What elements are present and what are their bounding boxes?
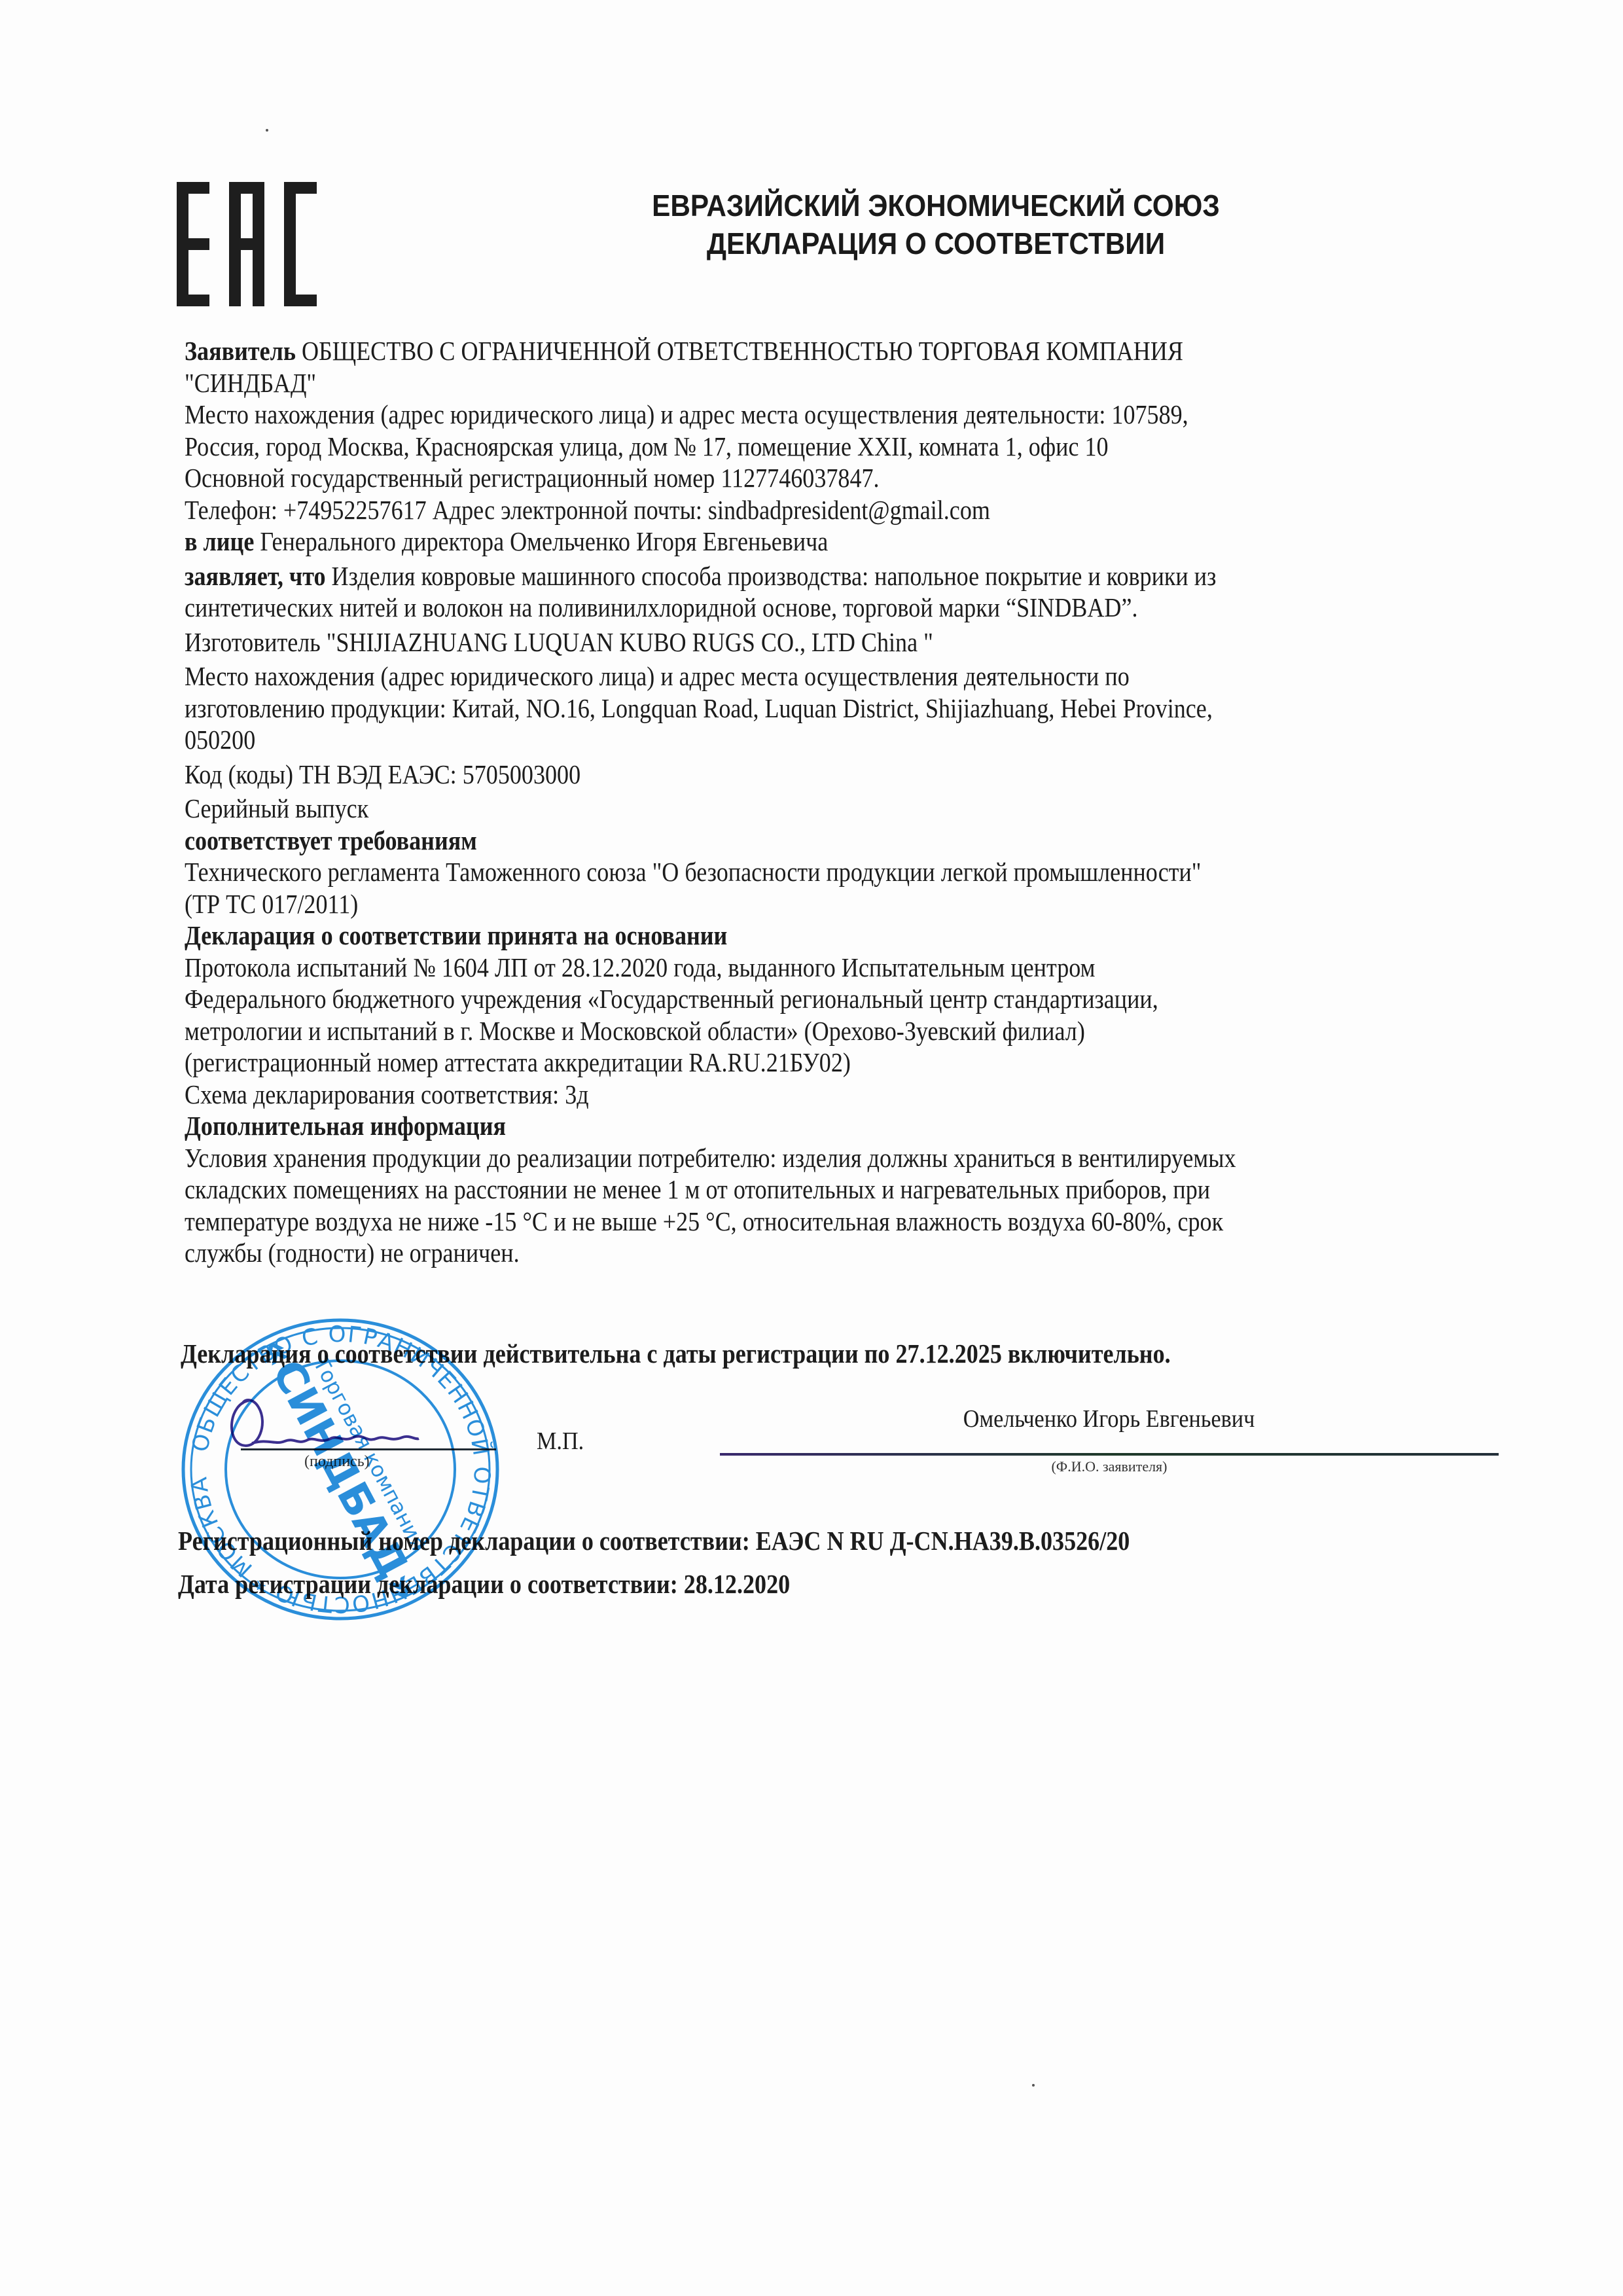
applicant-name-line (720, 1453, 1499, 1456)
storage-conditions-3: температуре воздуха не ниже -15 °С и не … (185, 1206, 1336, 1238)
document-header: ЕВРАЗИЙСКИЙ ЭКОНОМИЧЕСКИЙ СОЮЗ ДЕКЛАРАЦИ… (593, 187, 1279, 262)
applicant-name: ОБЩЕСТВО С ОГРАНИЧЕННОЙ ОТВЕТСТВЕННОСТЬЮ… (296, 336, 1183, 366)
requirements-heading: соответствует требованиям (185, 825, 1336, 857)
header-union-title: ЕВРАЗИЙСКИЙ ЭКОНОМИЧЕСКИЙ СОЮЗ (593, 187, 1279, 224)
manufacturer-address-2: изготовлению продукции: Китай, NO.16, Lo… (185, 692, 1336, 725)
signature-line (241, 1448, 496, 1450)
header-declaration-title: ДЕКЛАРАЦИЯ О СООТВЕТСТВИИ (593, 224, 1279, 262)
applicant-contacts: Телефон: +74952257617 Адрес электронной … (185, 494, 1336, 526)
storage-conditions-4: службы (годности) не ограничен. (185, 1237, 1336, 1269)
applicant-ogrn: Основной государственный регистрационный… (185, 462, 1336, 494)
declaration-body: Заявитель ОБЩЕСТВО С ОГРАНИЧЕННОЙ ОТВЕТС… (185, 335, 1493, 1269)
basis-lab-2: метрологии и испытаний в г. Москве и Мос… (185, 1015, 1336, 1047)
represented-by: Генерального директора Омельченко Игоря … (254, 526, 828, 556)
manufacturer: Изготовитель "SHIJIAZHUANG LUQUAN KUBO R… (185, 626, 1336, 658)
tn-ved-code: Код (коды) ТН ВЭД ЕАЭС: 5705003000 (185, 759, 1336, 791)
validity-period: Декларация о соответствии действительна … (181, 1338, 1171, 1369)
applicant-address-2: Россия, город Москва, Красноярская улица… (185, 431, 1336, 463)
handwritten-signature (223, 1388, 432, 1453)
serial-production: Серийный выпуск (185, 793, 1336, 825)
applicant-full-name: Омельченко Игорь Евгеньевич (720, 1405, 1499, 1433)
basis-accreditation: (регистрационный номер аттестата аккреди… (185, 1047, 1336, 1079)
technical-regulation: Технического регламента Таможенного союз… (185, 856, 1336, 888)
scan-speck (1032, 2084, 1035, 2087)
declares-line: заявляет, что Изделия ковровые машинного… (185, 560, 1336, 592)
applicant-label: Заявитель (185, 336, 296, 366)
basis-lab-1: Федерального бюджетного учреждения «Госу… (185, 983, 1336, 1015)
represented-label: в лице (185, 526, 254, 556)
represented-by-line: в лице Генерального директора Омельченко… (185, 526, 1336, 558)
storage-conditions-1: Условия хранения продукции до реализации… (185, 1142, 1336, 1174)
applicant-address-1: Место нахождения (адрес юридического лиц… (185, 399, 1336, 431)
declaration-scheme: Схема декларирования соответствия: 3д (185, 1079, 1336, 1111)
basis-protocol: Протокола испытаний № 1604 ЛП от 28.12.2… (185, 952, 1336, 984)
product-description: Изделия ковровые машинного способа произ… (326, 561, 1217, 591)
registration-number: Регистрационный номер декларации о соотв… (178, 1525, 1130, 1556)
registration-date: Дата регистрации декларации о соответств… (178, 1568, 790, 1600)
storage-conditions-2: складских помещениях на расстоянии не ме… (185, 1174, 1336, 1206)
applicant-line: Заявитель ОБЩЕСТВО С ОГРАНИЧЕННОЙ ОТВЕТС… (185, 335, 1336, 367)
scan-speck (266, 129, 268, 132)
eac-logo: EAC (177, 182, 317, 306)
applicant-name-cont: "СИНДБАД" (185, 367, 1336, 399)
manufacturer-address-1: Место нахождения (адрес юридического лиц… (185, 660, 1336, 692)
technical-regulation-code: (ТР ТС 017/2011) (185, 888, 1336, 920)
additional-heading: Дополнительная информация (185, 1110, 1336, 1142)
signature-caption: (подпись) (304, 1453, 370, 1471)
manufacturer-address-3: 050200 (185, 724, 1336, 756)
product-description-cont: синтетических нитей и волокон на поливин… (185, 592, 1336, 624)
basis-heading: Декларация о соответствии принята на осн… (185, 920, 1336, 952)
applicant-name-caption: (Ф.И.О. заявителя) (720, 1458, 1499, 1475)
seal-place-label: М.П. (537, 1427, 584, 1456)
declares-label: заявляет, что (185, 561, 326, 591)
